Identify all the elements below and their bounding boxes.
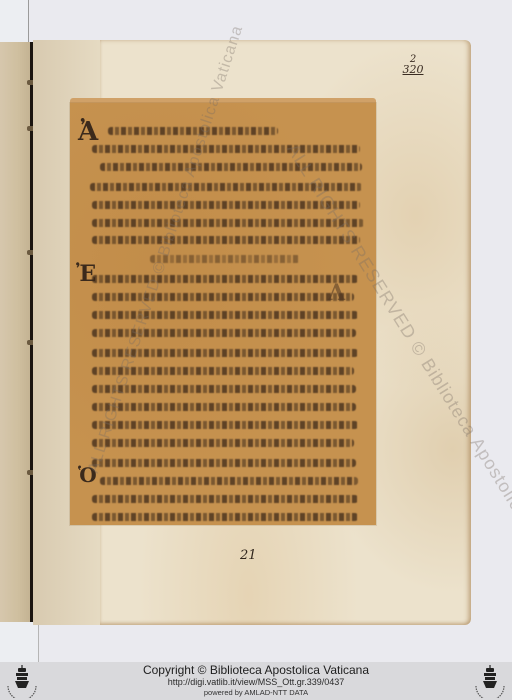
text-line	[92, 513, 358, 521]
text-line	[92, 311, 358, 319]
decorated-initial: Ὁ	[78, 463, 97, 487]
text-line	[92, 459, 356, 467]
text-line	[92, 236, 360, 244]
text-line	[92, 145, 360, 153]
text-line	[100, 163, 362, 171]
text-line	[100, 477, 358, 485]
text-line	[92, 329, 356, 337]
background-bottom-left	[0, 622, 39, 662]
vatican-library-seal-icon	[4, 664, 40, 698]
copyright-footer: Copyright © Biblioteca Apostolica Vatica…	[0, 662, 512, 700]
copyright-text: Copyright © Biblioteca Apostolica Vatica…	[0, 664, 512, 677]
foliation-bottom: 320	[393, 65, 433, 75]
text-line	[92, 495, 358, 503]
image-url-link[interactable]: http://digi.vatlib.it/view/MSS_Ott.gr.33…	[0, 677, 512, 688]
foliation-mark: 2 320	[393, 55, 433, 75]
text-line	[92, 349, 358, 357]
previous-leaf-edge	[0, 42, 30, 622]
text-line	[92, 385, 356, 393]
text-line	[92, 367, 354, 375]
text-line	[92, 201, 360, 209]
manuscript-text-block: Ἀ Ἐ Ὁ	[70, 103, 376, 525]
text-line	[92, 421, 358, 429]
background-top-left	[0, 0, 29, 42]
manuscript-scan-area: 2 320 Ἀ Ἐ Ὁ	[0, 0, 512, 662]
text-line	[150, 255, 300, 263]
text-line	[92, 219, 364, 227]
vatican-library-seal-icon	[472, 664, 508, 698]
text-line	[92, 293, 354, 301]
text-line	[90, 183, 362, 191]
powered-by-text: powered by AMLAD-NTT DATA	[0, 688, 512, 698]
text-line	[92, 439, 354, 447]
text-line	[108, 127, 278, 135]
text-line	[92, 275, 358, 283]
decorated-initial: Ἀ	[78, 117, 98, 147]
marginal-letter: Λ	[328, 280, 345, 306]
page-number: 21	[240, 548, 257, 563]
text-line	[92, 403, 356, 411]
decorated-initial: Ἐ	[76, 261, 96, 287]
pasted-manuscript-fragment: Ἀ Ἐ Ὁ	[70, 103, 376, 525]
